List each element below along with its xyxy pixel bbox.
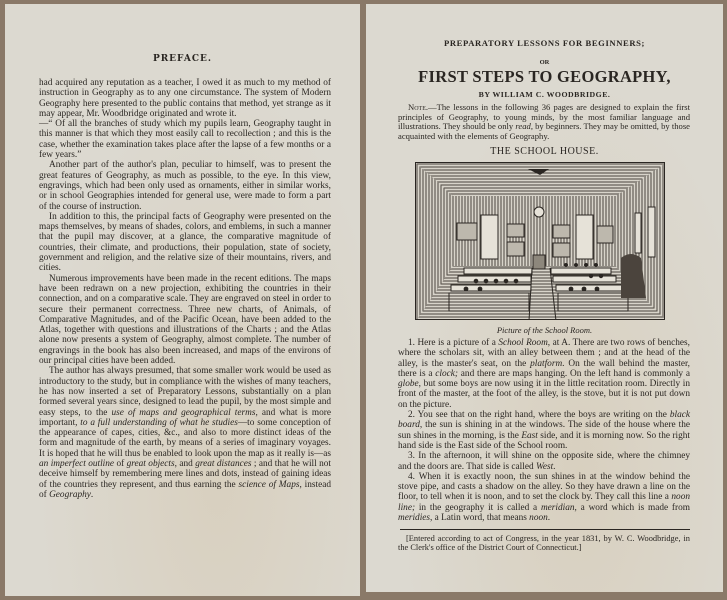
title-author: BY WILLIAM C. WOODBRIDGE. <box>366 90 723 99</box>
lesson-3: 3. In the afternoon, it will shine on th… <box>398 451 690 472</box>
preface-quote: —“ Of all the branches of study which my… <box>39 119 331 160</box>
lesson-4: 4. When it is exactly noon, the sun shin… <box>398 472 690 523</box>
preface-paragraph: Another part of the author's plan, pecul… <box>39 160 331 211</box>
preface-paragraph: In addition to this, the principal facts… <box>39 212 331 274</box>
preface-paragraph-last: The author has always presumed, that som… <box>39 366 331 500</box>
preface-paragraph: had acquired any reputation as a teacher… <box>39 78 331 119</box>
left-page-preface: PREFACE. had acquired any reputation as … <box>5 4 360 596</box>
note-paragraph: Note.—The lessons in the following 36 pa… <box>398 103 690 141</box>
lessons-body: 1. Here is a picture of a School Room, a… <box>398 338 690 523</box>
illustration-caption: Picture of the School Room. <box>366 325 723 335</box>
lesson-2: 2. You see that on the right hand, where… <box>398 410 690 451</box>
lesson-1: 1. Here is a picture of a School Room, a… <box>398 338 690 410</box>
preface-body: had acquired any reputation as a teacher… <box>39 78 331 500</box>
school-room-engraving <box>415 162 665 320</box>
title-or: OR <box>366 59 723 66</box>
title-first-steps: FIRST STEPS TO GEOGRAPHY, <box>366 67 723 88</box>
preface-paragraph: Numerous improvements have been made in … <box>39 274 331 367</box>
school-room-illustration-icon <box>416 163 665 320</box>
right-page-lessons: PREPARATORY LESSONS FOR BEGINNERS; OR FI… <box>366 4 723 592</box>
title-preparatory-lessons: PREPARATORY LESSONS FOR BEGINNERS; <box>366 38 723 48</box>
divider-rule <box>400 529 690 530</box>
preface-heading: PREFACE. <box>5 54 360 64</box>
copyright-notice: [Entered according to act of Congress, i… <box>398 534 690 552</box>
section-title: THE SCHOOL HOUSE. <box>366 146 723 157</box>
